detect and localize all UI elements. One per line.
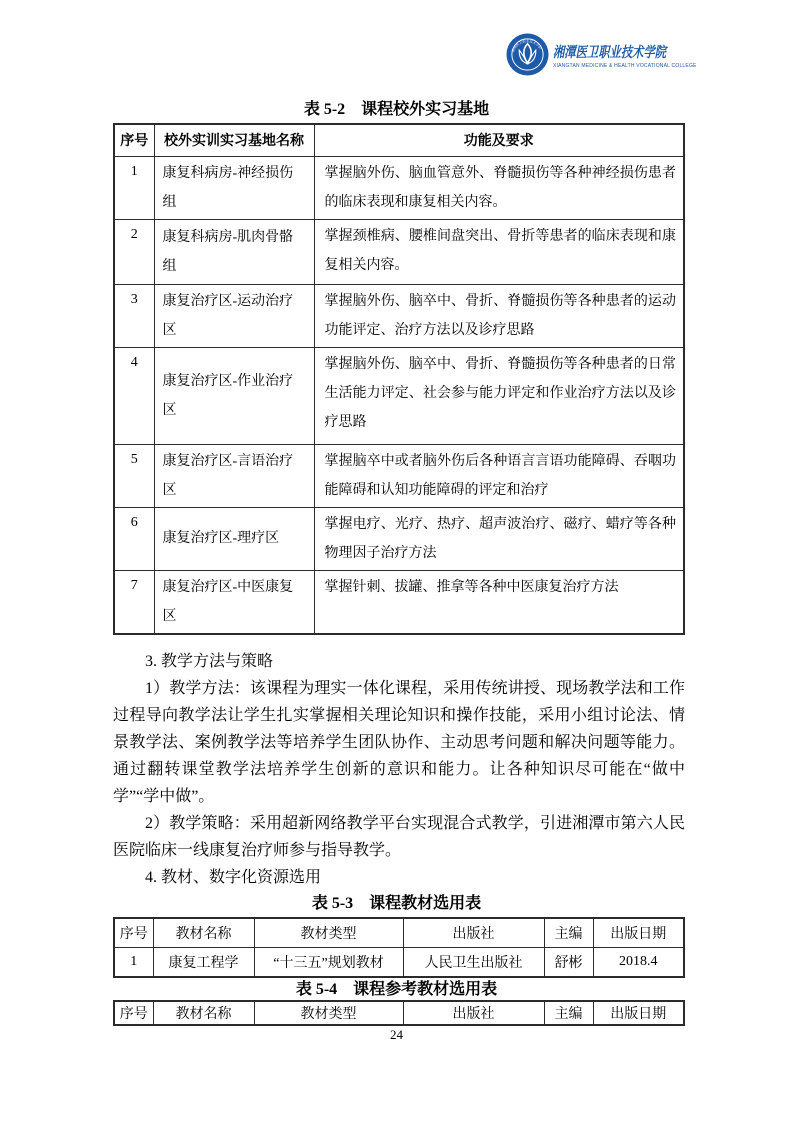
paragraph-teaching-method: 1）教学方法：该课程为理实一体化课程，采用传统讲授、现场教学法和工作过程导向教学… <box>113 675 685 810</box>
college-name-english: XIANGTAN MEDICINE & HEALTH VOCATIONAL CO… <box>553 63 698 69</box>
row-seq: 1 <box>114 156 154 219</box>
reference-textbook-table: 序号 教材名称 教材类型 出版社 主编 出版日期 <box>113 1000 685 1026</box>
column-header-seq: 序号 <box>114 918 153 947</box>
table-5-3-title: 表 5-3 课程教材选用表 <box>0 890 793 913</box>
table-row: 6 康复治疗区-理疗区 掌握电疗、光疗、热疗、超声波治疗、磁疗、蜡疗等各种物理因… <box>114 507 684 570</box>
base-name: 康复科病房-肌肉骨骼组 <box>154 219 314 284</box>
base-function: 掌握颈椎病、腰椎间盘突出、骨折等患者的临床表现和康复相关内容。 <box>314 219 684 284</box>
column-header-editor: 主编 <box>544 918 593 947</box>
base-function: 掌握脑外伤、脑血管意外、脊髓损伤等各种神经损伤患者的临床表现和康复相关内容。 <box>314 156 684 219</box>
table-row: 5 康复治疗区-言语治疗区 掌握脑卒中或者脑外伤后各种语言言语功能障碍、吞咽功能… <box>114 444 684 507</box>
column-header-publisher: 出版社 <box>403 1001 544 1025</box>
document-page: 湘潭医卫职业技术学院 湘潭医卫职业技术学院 XIANGTAN MEDICINE … <box>0 0 793 1122</box>
base-name: 康复治疗区-运动治疗区 <box>154 284 314 347</box>
column-header-seq: 序号 <box>114 124 154 156</box>
book-pub-date: 2018.4 <box>593 947 684 977</box>
column-header-pub-date: 出版日期 <box>593 1001 684 1025</box>
row-seq: 2 <box>114 219 154 284</box>
base-name: 康复治疗区-作业治疗区 <box>154 347 314 444</box>
column-header-book-type: 教材类型 <box>254 918 403 947</box>
table-row: 7 康复治疗区-中医康复区 掌握针刺、拔罐、推拿等各种中医康复治疗方法 <box>114 570 684 634</box>
row-seq: 1 <box>114 947 153 977</box>
row-seq: 7 <box>114 570 154 634</box>
table-5-2-title: 表 5-2 课程校外实习基地 <box>0 96 793 119</box>
paragraph-teaching-strategy: 2）教学策略：采用超新网络教学平台实现混合式教学，引进湘潭市第六人民医院临床一线… <box>113 810 685 864</box>
base-function: 掌握脑卒中或者脑外伤后各种语言言语功能障碍、吞咽功能障碍和认知功能障碍的评定和治… <box>314 444 684 507</box>
column-header-editor: 主编 <box>544 1001 593 1025</box>
textbook-selection-table: 序号 教材名称 教材类型 出版社 主编 出版日期 1 康复工程学 “十三五”规划… <box>113 917 685 978</box>
column-header-publisher: 出版社 <box>403 918 544 947</box>
column-header-seq: 序号 <box>114 1001 153 1025</box>
base-function: 掌握脑外伤、脑卒中、骨折、脊髓损伤等各种患者的日常生活能力评定、社会参与能力评定… <box>314 347 684 444</box>
base-name: 康复科病房-神经损伤组 <box>154 156 314 219</box>
column-header-book-name: 教材名称 <box>153 918 254 947</box>
column-header-book-name: 教材名称 <box>153 1001 254 1025</box>
offcampus-practice-bases-table: 序号 校外实训实习基地名称 功能及要求 1 康复科病房-神经损伤组 掌握脑外伤、… <box>113 123 685 635</box>
table-row: 1 康复科病房-神经损伤组 掌握脑外伤、脑血管意外、脊髓损伤等各种神经损伤患者的… <box>114 156 684 219</box>
table-row: 1 康复工程学 “十三五”规划教材 人民卫生出版社 舒彬 2018.4 <box>114 947 684 977</box>
book-publisher: 人民卫生出版社 <box>403 947 544 977</box>
table-5-4-title: 表 5-4 课程参考教材选用表 <box>0 976 793 999</box>
table-row: 3 康复治疗区-运动治疗区 掌握脑外伤、脑卒中、骨折、脊髓损伤等各种患者的运动功… <box>114 284 684 347</box>
table-header-row: 序号 校外实训实习基地名称 功能及要求 <box>114 124 684 156</box>
table-header-row: 序号 教材名称 教材类型 出版社 主编 出版日期 <box>114 918 684 947</box>
book-name: 康复工程学 <box>153 947 254 977</box>
table-row: 4 康复治疗区-作业治疗区 掌握脑外伤、脑卒中、骨折、脊髓损伤等各种患者的日常生… <box>114 347 684 444</box>
column-header-book-type: 教材类型 <box>254 1001 403 1025</box>
college-logo: 湘潭医卫职业技术学院 湘潭医卫职业技术学院 XIANGTAN MEDICINE … <box>506 33 698 76</box>
column-header-function: 功能及要求 <box>314 124 684 156</box>
college-name-chinese: 湘潭医卫职业技术学院 <box>553 41 666 62</box>
column-header-base-name: 校外实训实习基地名称 <box>154 124 314 156</box>
paragraph-teaching-methods-heading: 3. 教学方法与策略 <box>113 648 685 675</box>
base-name: 康复治疗区-理疗区 <box>154 507 314 570</box>
base-name: 康复治疗区-中医康复区 <box>154 570 314 634</box>
row-seq: 6 <box>114 507 154 570</box>
page-number: 24 <box>0 1027 793 1043</box>
body-text: 3. 教学方法与策略 1）教学方法：该课程为理实一体化课程，采用传统讲授、现场教… <box>113 648 685 891</box>
book-editor: 舒彬 <box>544 947 593 977</box>
base-function: 掌握针刺、拔罐、推拿等各种中医康复治疗方法 <box>314 570 684 634</box>
row-seq: 3 <box>114 284 154 347</box>
base-function: 掌握电疗、光疗、热疗、超声波治疗、磁疗、蜡疗等各种物理因子治疗方法 <box>314 507 684 570</box>
base-name: 康复治疗区-言语治疗区 <box>154 444 314 507</box>
row-seq: 5 <box>114 444 154 507</box>
paragraph-materials-heading: 4. 教材、数字化资源选用 <box>113 864 685 891</box>
college-logo-text: 湘潭医卫职业技术学院 XIANGTAN MEDICINE & HEALTH VO… <box>553 41 698 69</box>
table-header-row: 序号 教材名称 教材类型 出版社 主编 出版日期 <box>114 1001 684 1025</box>
row-seq: 4 <box>114 347 154 444</box>
column-header-pub-date: 出版日期 <box>593 918 684 947</box>
base-function: 掌握脑外伤、脑卒中、骨折、脊髓损伤等各种患者的运动功能评定、治疗方法以及诊疗思路 <box>314 284 684 347</box>
college-emblem-icon: 湘潭医卫职业技术学院 <box>506 33 549 76</box>
book-type: “十三五”规划教材 <box>254 947 403 977</box>
table-row: 2 康复科病房-肌肉骨骼组 掌握颈椎病、腰椎间盘突出、骨折等患者的临床表现和康复… <box>114 219 684 284</box>
